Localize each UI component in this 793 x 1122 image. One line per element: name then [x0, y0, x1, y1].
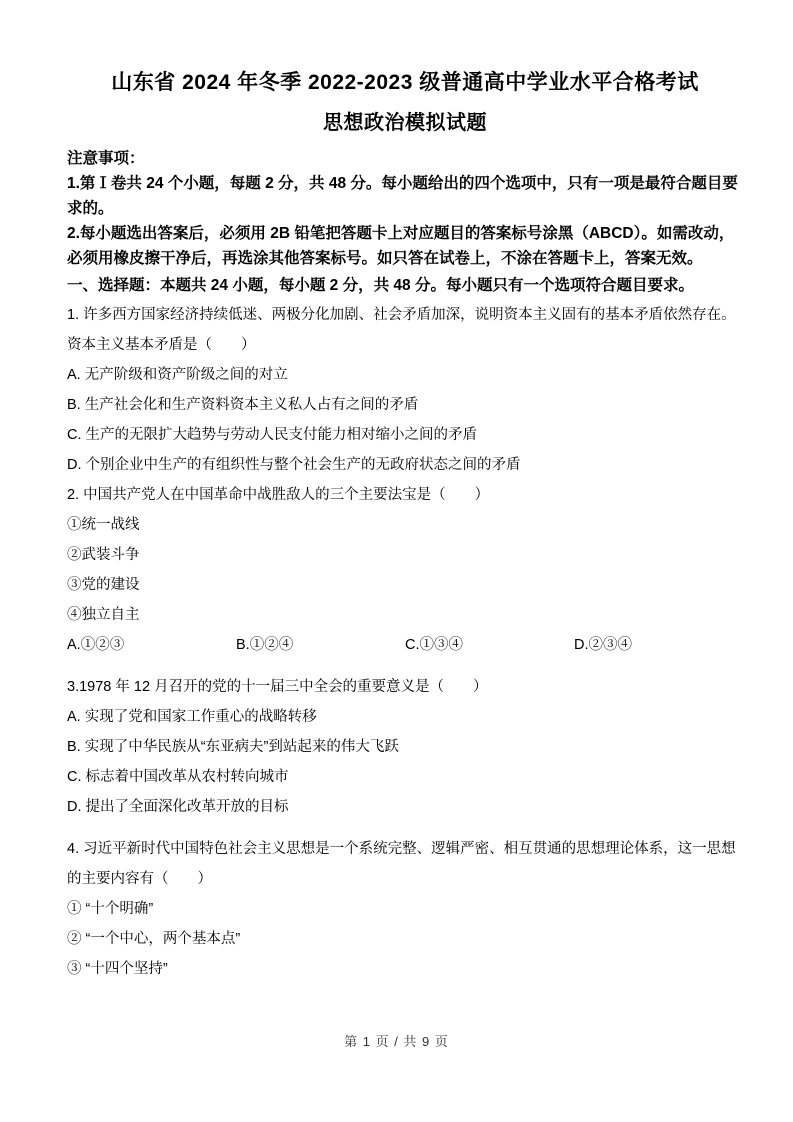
question-4-part-1: ① “十个明确” [67, 894, 743, 924]
question-1-option-d: D. 个别企业中生产的有组织性与整个社会生产的无政府状态之间的矛盾 [67, 450, 743, 480]
question-4-part-3: ③ “十四个坚持” [67, 954, 743, 984]
page-number-footer: 第 1 页 / 共 9 页 [0, 1032, 793, 1052]
question-3-stem: 3.1978 年 12 月召开的党的十一届三中全会的重要意义是（ ） [67, 672, 743, 702]
question-3-option-c: C. 标志着中国改革从农村转向城市 [67, 762, 743, 792]
question-1-option-c: C. 生产的无限扩大趋势与劳动人民支付能力相对缩小之间的矛盾 [67, 420, 743, 450]
question-2-choice-a: A.①②③ [67, 630, 236, 660]
exam-paper-page: 山东省 2024 年冬季 2022-2023 级普通高中学业水平合格考试 思想政… [0, 0, 793, 1122]
question-3-option-b: B. 实现了中华民族从“东亚病夫”到站起来的伟大飞跃 [67, 732, 743, 762]
question-2-part-4: ④独立自主 [67, 600, 743, 630]
page-content: 山东省 2024 年冬季 2022-2023 级普通高中学业水平合格考试 思想政… [0, 0, 793, 984]
question-2: 2. 中国共产党人在中国革命中战胜敌人的三个主要法宝是（ ） ①统一战线 ②武装… [67, 480, 743, 660]
question-3-option-a: A. 实现了党和国家工作重心的战略转移 [67, 702, 743, 732]
question-2-stem: 2. 中国共产党人在中国革命中战胜敌人的三个主要法宝是（ ） [67, 480, 743, 510]
question-4-stem: 4. 习近平新时代中国特色社会主义思想是一个系统完整、逻辑严密、相互贯通的思想理… [67, 834, 743, 894]
question-1-stem: 1. 许多西方国家经济持续低迷、两极分化加剧、社会矛盾加深，说明资本主义固有的基… [67, 300, 743, 360]
question-3-option-d: D. 提出了全面深化改革开放的目标 [67, 792, 743, 822]
notice-heading: 注意事项： [67, 146, 743, 171]
question-1-option-a: A. 无产阶级和资产阶级之间的对立 [67, 360, 743, 390]
notice-item-1: 1.第Ⅰ卷共 24 个小题，每题 2 分，共 48 分。每小题给出的四个选项中，… [67, 171, 743, 221]
question-3: 3.1978 年 12 月召开的党的十一届三中全会的重要意义是（ ） A. 实现… [67, 672, 743, 822]
question-2-choice-c: C.①③④ [405, 630, 574, 660]
notice-item-2: 2.每小题选出答案后，必须用 2B 铅笔把答题卡上对应题目的答案标号涂黑（ABC… [67, 221, 743, 271]
question-2-choice-d: D.②③④ [574, 630, 743, 660]
doc-title-line2: 思想政治模拟试题 [67, 108, 743, 138]
notice-section: 注意事项： 1.第Ⅰ卷共 24 个小题，每题 2 分，共 48 分。每小题给出的… [67, 146, 743, 271]
doc-title-line1: 山东省 2024 年冬季 2022-2023 级普通高中学业水平合格考试 [67, 68, 743, 98]
question-2-part-2: ②武装斗争 [67, 540, 743, 570]
question-2-choices-row: A.①②③ B.①②④ C.①③④ D.②③④ [67, 630, 743, 660]
question-list: 1. 许多西方国家经济持续低迷、两极分化加剧、社会矛盾加深，说明资本主义固有的基… [67, 300, 743, 984]
question-4: 4. 习近平新时代中国特色社会主义思想是一个系统完整、逻辑严密、相互贯通的思想理… [67, 834, 743, 984]
question-4-part-2: ② “一个中心，两个基本点” [67, 924, 743, 954]
question-2-choice-b: B.①②④ [236, 630, 405, 660]
question-2-part-3: ③党的建设 [67, 570, 743, 600]
question-2-part-1: ①统一战线 [67, 510, 743, 540]
question-1: 1. 许多西方国家经济持续低迷、两极分化加剧、社会矛盾加深，说明资本主义固有的基… [67, 300, 743, 480]
question-1-option-b: B. 生产社会化和生产资料资本主义私人占有之间的矛盾 [67, 390, 743, 420]
section-one-heading: 一、选择题：本题共 24 小题，每小题 2 分，共 48 分。每小题只有一个选项… [67, 273, 743, 298]
